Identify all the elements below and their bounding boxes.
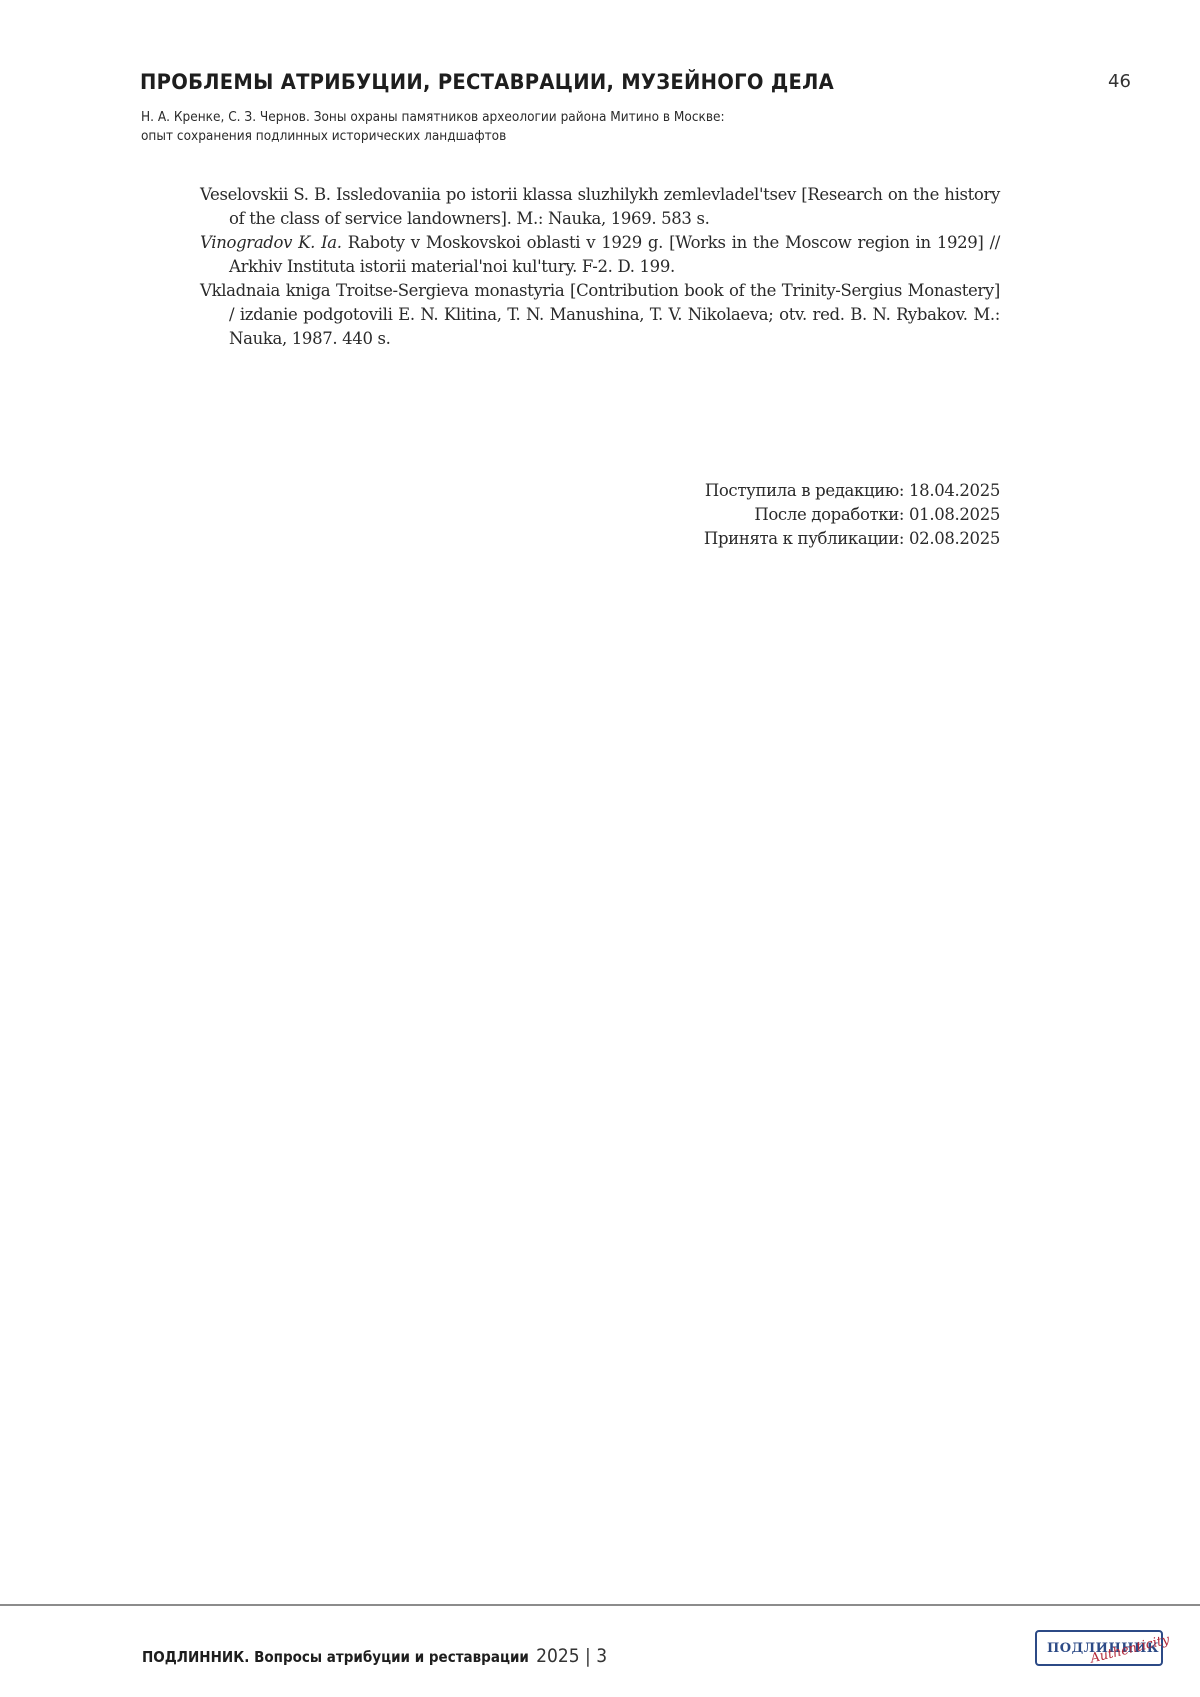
page-number: 46 <box>1108 71 1131 92</box>
reference-text: Issledovaniia po istorii klassa sluzhily… <box>229 185 1000 228</box>
reference-text: Raboty v Moskovskoi oblasti v 1929 g. [W… <box>229 233 1000 276</box>
date-accepted: Принята к публикации: 02.08.2025 <box>704 527 1000 551</box>
submission-dates: Поступила в редакцию: 18.04.2025 После д… <box>704 479 1000 551</box>
reference-text: Vkladnaia kniga Troitse-Sergieva monasty… <box>200 281 1000 348</box>
reference-author: Veselovskii S. B. <box>200 185 331 204</box>
date-received: Поступила в редакцию: 18.04.2025 <box>704 479 1000 503</box>
article-reference: Н. А. Кренке, С. З. Чернов. Зоны охраны … <box>141 108 725 146</box>
reference-entry: Vinogradov K. Ia. Raboty v Moskovskoi ob… <box>200 231 1000 279</box>
reference-author: Vinogradov K. Ia. <box>200 233 342 252</box>
footer-divider <box>0 1604 1200 1606</box>
section-title: ПРОБЛЕМЫ АТРИБУЦИИ, РЕСТАВРАЦИИ, МУЗЕЙНО… <box>140 70 834 94</box>
reference-entry: Vkladnaia kniga Troitse-Sergieva monasty… <box>200 279 1000 351</box>
article-reference-line-1: Н. А. Кренке, С. З. Чернов. Зоны охраны … <box>141 108 725 127</box>
logo-script-signature: Authenticity <box>1089 1632 1171 1666</box>
reference-entry: Veselovskii S. B. Issledovaniia po istor… <box>200 183 1000 231</box>
date-revised: После доработки: 01.08.2025 <box>704 503 1000 527</box>
reference-list: Veselovskii S. B. Issledovaniia po istor… <box>200 183 1000 351</box>
article-reference-line-2: опыт сохранения подлинных исторических л… <box>141 127 725 146</box>
journal-issue: 2025 | 3 <box>536 1645 607 1667</box>
journal-logo: ПОДЛИННИК Authenticity <box>1035 1630 1163 1666</box>
footer-journal-info: ПОДЛИННИК. Вопросы атрибуции и реставрац… <box>142 1645 607 1667</box>
journal-name: ПОДЛИННИК. Вопросы атрибуции и реставрац… <box>142 1648 529 1666</box>
